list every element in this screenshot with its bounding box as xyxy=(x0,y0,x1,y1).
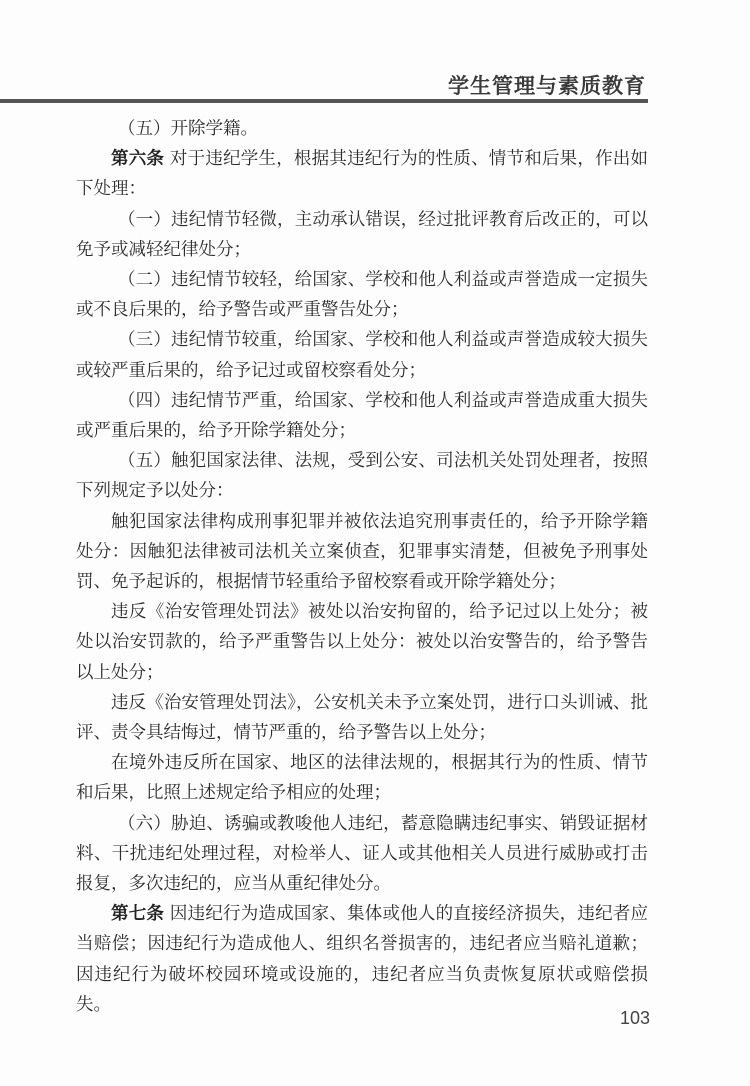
running-header-title: 学生管理与素质教育 xyxy=(448,70,646,100)
paragraph-public-security-detention: 违反《治安管理处罚法》被处以治安拘留的，给予记过以上处分；被处以治安罚款的，给予… xyxy=(76,597,648,688)
article-label: 第七条 xyxy=(111,904,164,924)
paragraph-item-3: （三）违纪情节较重，给国家、学校和他人利益或声誉造成较大损失或较严重后果的，给予… xyxy=(76,325,648,385)
paragraph-item-6: （六）胁迫、诱骗或教唆他人违纪，蓄意隐瞒违纪事实、销毁证据材料、干扰违纪处理过程… xyxy=(76,809,648,900)
paragraph-item-5-expulsion: （五）开除学籍。 xyxy=(76,114,648,144)
page-body: （五）开除学籍。 第六条 对于违纪学生，根据其违纪行为的性质、情节和后果，作出如… xyxy=(76,114,648,1020)
paragraph-overseas: 在境外违反所在国家、地区的法律法规的，根据其行为的性质、情节和后果，比照上述规定… xyxy=(76,748,648,808)
article-label: 第六条 xyxy=(111,149,164,169)
header-rule xyxy=(0,99,648,103)
article-6: 第六条 对于违纪学生，根据其违纪行为的性质、情节和后果，作出如下处理： xyxy=(76,144,648,204)
paragraph-item-4: （四）违纪情节严重，给国家、学校和他人利益或声誉造成重大损失或严重后果的，给予开… xyxy=(76,386,648,446)
page-number: 103 xyxy=(620,1008,650,1029)
paragraph-item-5: （五）触犯国家法律、法规，受到公安、司法机关处罚处理者，按照下列规定予以处分： xyxy=(76,446,648,506)
paragraph-public-security-warning: 违反《治安管理处罚法》，公安机关未予立案处罚，进行口头训诫、批评、责令具结悔过，… xyxy=(76,688,648,748)
article-7: 第七条 因违纪行为造成国家、集体或他人的直接经济损失，违纪者应当赔偿；因违纪行为… xyxy=(76,899,648,1020)
paragraph-item-1: （一）违纪情节轻微，主动承认错误，经过批评教育后改正的，可以免予或减轻纪律处分； xyxy=(76,205,648,265)
paragraph-item-2: （二）违纪情节较轻，给国家、学校和他人利益或声誉造成一定损失或不良后果的，给予警… xyxy=(76,265,648,325)
paragraph-criminal: 触犯国家法律构成刑事犯罪并被依法追究刑事责任的，给予开除学籍处分：因触犯法律被司… xyxy=(76,507,648,598)
